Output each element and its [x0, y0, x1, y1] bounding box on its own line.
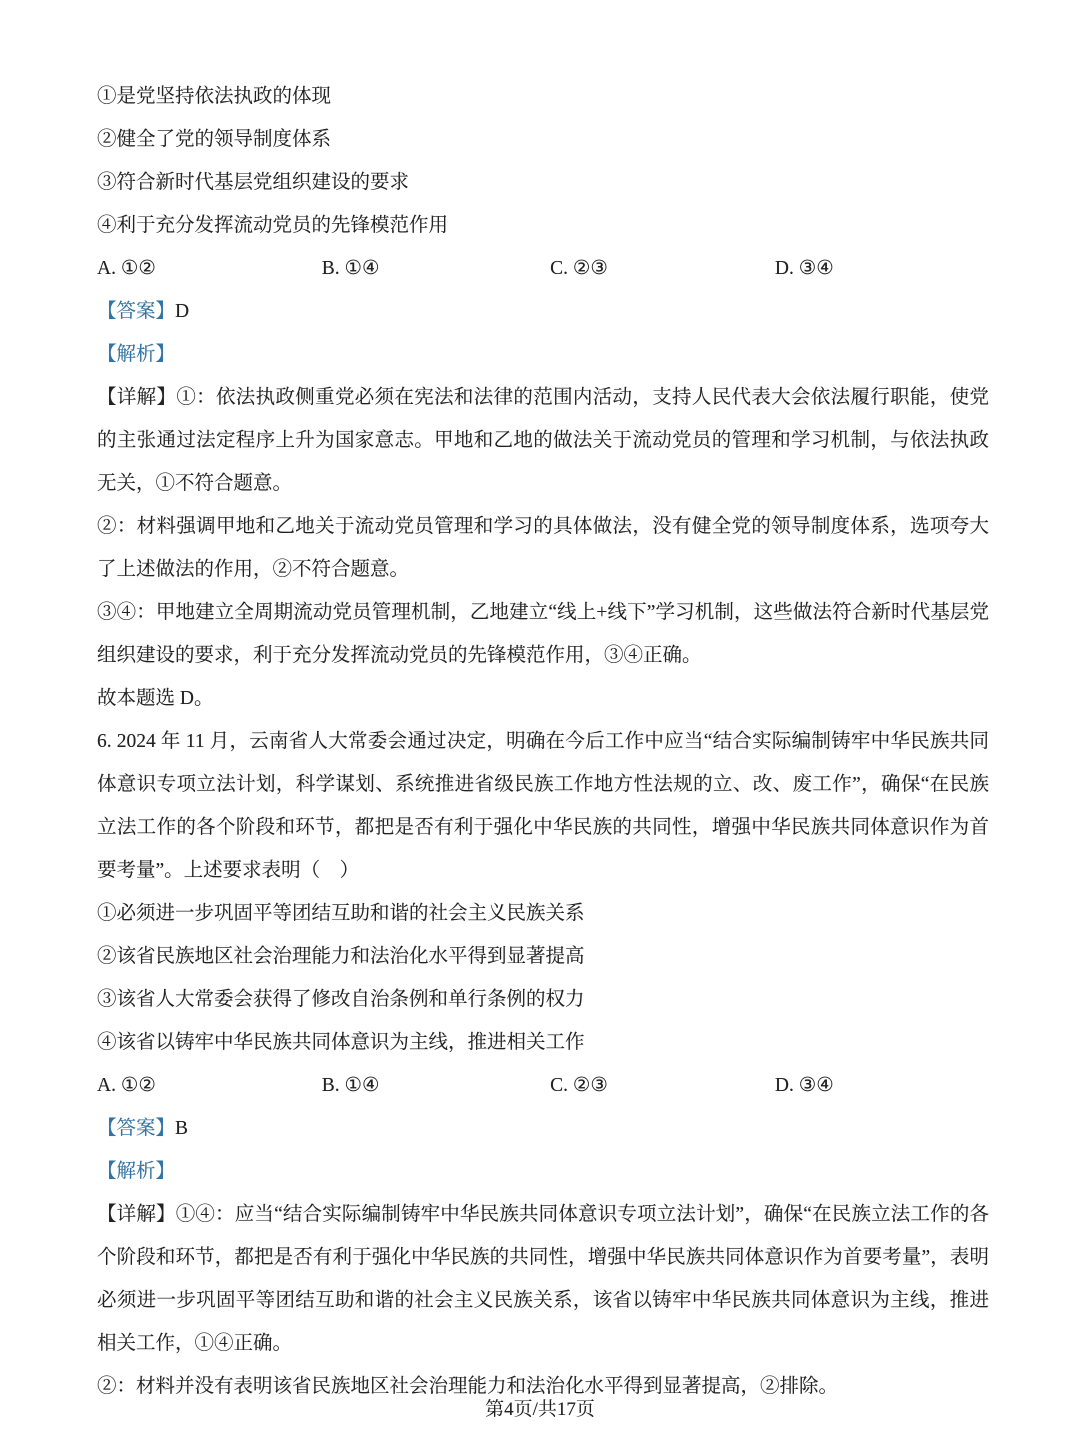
- q6-answer-value: B: [175, 1118, 188, 1139]
- q6-analysis-label: 【解析】: [97, 1150, 989, 1193]
- q6-stem: 6. 2024 年 11 月，云南省人大常委会通过决定，明确在今后工作中应当“结…: [97, 720, 989, 892]
- q5-statement-2: ②健全了党的领导制度体系: [97, 118, 989, 161]
- q6-option-c: C. ②③: [550, 1064, 775, 1107]
- q5-detail-paragraph-3: ③④：甲地建立全周期流动党员管理机制，乙地建立“线上+线下”学习机制，这些做法符…: [97, 591, 989, 677]
- q6-option-d: D. ③④: [775, 1064, 989, 1107]
- q5-option-a: A. ①②: [97, 247, 322, 290]
- q5-options-row: A. ①② B. ①④ C. ②③ D. ③④: [97, 247, 989, 290]
- q5-statement-1: ①是党坚持依法执政的体现: [97, 75, 989, 118]
- q6-option-b: B. ①④: [322, 1064, 550, 1107]
- exam-page: ①是党坚持依法执政的体现 ②健全了党的领导制度体系 ③符合新时代基层党组织建设的…: [0, 0, 1080, 1451]
- q6-statement-1: ①必须进一步巩固平等团结互助和谐的社会主义民族关系: [97, 892, 989, 935]
- page-footer: 第4页/共17页: [0, 1394, 1080, 1421]
- q5-option-b: B. ①④: [322, 247, 550, 290]
- q6-statement-4: ④该省以铸牢中华民族共同体意识为主线，推进相关工作: [97, 1021, 989, 1064]
- q5-option-d: D. ③④: [775, 247, 989, 290]
- q5-answer-line: 【答案】D: [97, 290, 989, 333]
- q6-statement-3: ③该省人大常委会获得了修改自治条例和单行条例的权力: [97, 978, 989, 1021]
- q6-detail-paragraph-1: 【详解】①④：应当“结合实际编制铸牢中华民族共同体意识专项立法计划”，确保“在民…: [97, 1193, 989, 1365]
- q5-detail-paragraph-1: 【详解】①：依法执政侧重党必须在宪法和法律的范围内活动，支持人民代表大会依法履行…: [97, 376, 989, 505]
- q5-conclusion: 故本题选 D。: [97, 677, 989, 720]
- q6-statement-2: ②该省民族地区社会治理能力和法治化水平得到显著提高: [97, 935, 989, 978]
- q5-answer-value: D: [175, 301, 189, 322]
- q5-statement-4: ④利于充分发挥流动党员的先锋模范作用: [97, 204, 989, 247]
- q6-option-a: A. ①②: [97, 1064, 322, 1107]
- q5-statement-3: ③符合新时代基层党组织建设的要求: [97, 161, 989, 204]
- q5-detail-paragraph-2: ②：材料强调甲地和乙地关于流动党员管理和学习的具体做法，没有健全党的领导制度体系…: [97, 505, 989, 591]
- q6-options-row: A. ①② B. ①④ C. ②③ D. ③④: [97, 1064, 989, 1107]
- q5-option-c: C. ②③: [550, 247, 775, 290]
- page-content: ①是党坚持依法执政的体现 ②健全了党的领导制度体系 ③符合新时代基层党组织建设的…: [97, 75, 989, 1408]
- q5-analysis-label: 【解析】: [97, 333, 989, 376]
- q6-answer-label: 【答案】: [97, 1118, 175, 1139]
- q6-answer-line: 【答案】B: [97, 1107, 989, 1150]
- q5-answer-label: 【答案】: [97, 301, 175, 322]
